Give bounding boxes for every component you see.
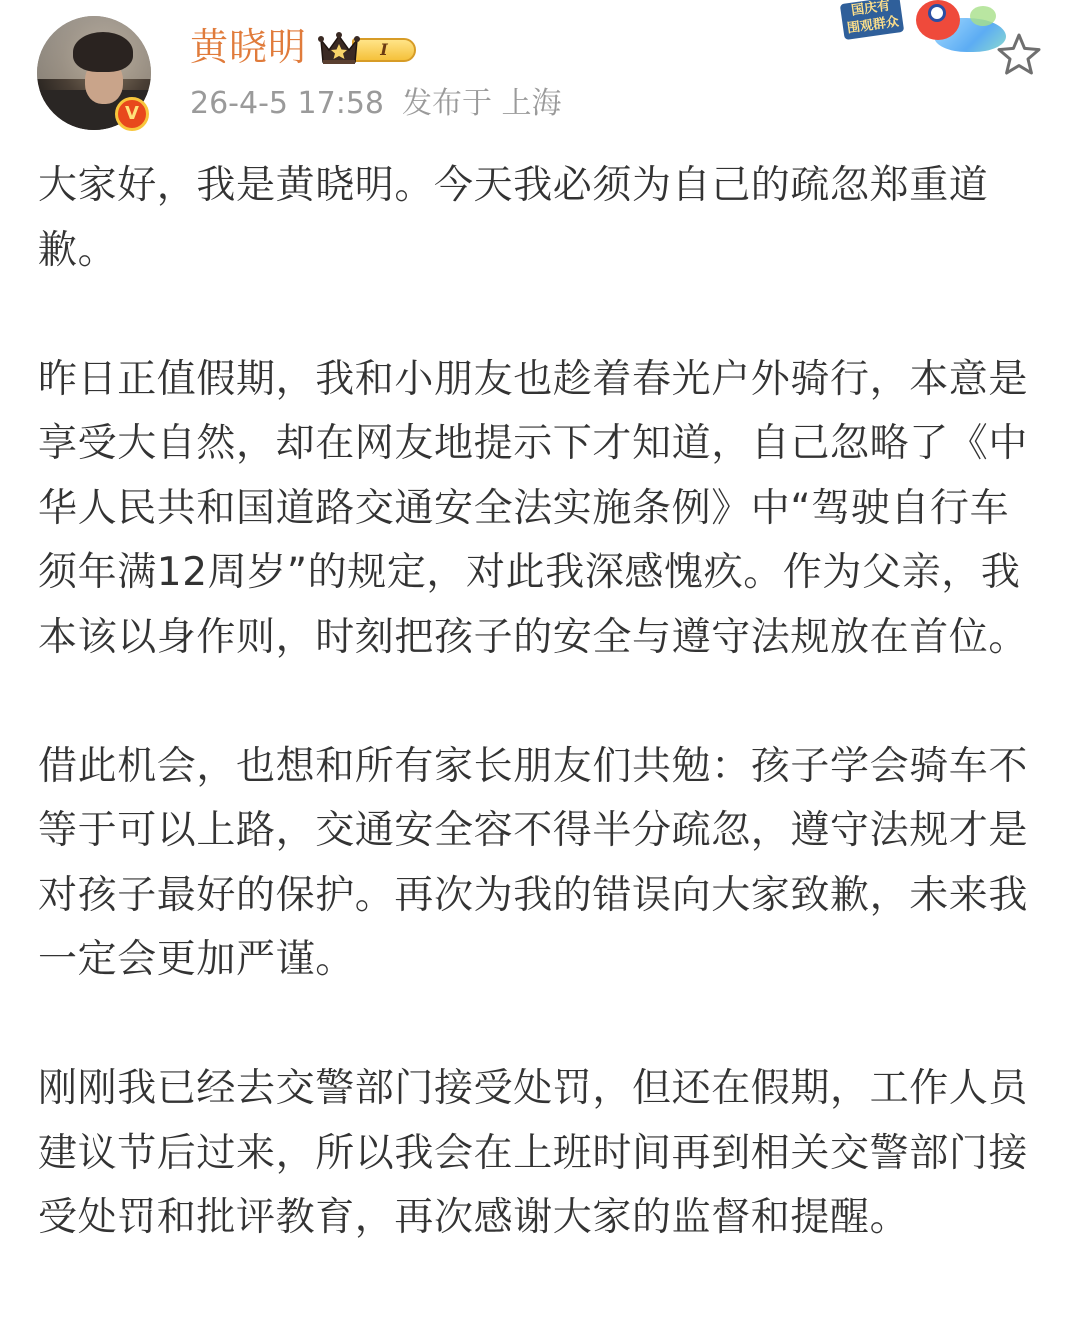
post-header: V 黄晓明 I 26-4-5 17:58发布于 上海 国庆有 围观群众 bbox=[0, 0, 1080, 140]
star-outline-icon[interactable] bbox=[996, 32, 1042, 76]
sticker-leaf bbox=[970, 6, 996, 26]
holiday-sticker: 国庆有 围观群众 bbox=[838, 0, 1008, 72]
post-paragraph-4: 刚刚我已经去交警部门接受处罚，但还在假期，工作人员建议节后过来，所以我会在上班时… bbox=[38, 1057, 1038, 1251]
post-location: 上海 bbox=[502, 86, 562, 121]
v-verified-icon: V bbox=[115, 97, 149, 131]
level-label: I bbox=[352, 38, 416, 62]
crown-icon bbox=[318, 30, 360, 66]
sticker-mascot-eye bbox=[928, 4, 946, 22]
post-time: 26-4-5 17:58 bbox=[190, 86, 384, 121]
post-body: 大家好，我是黄晓明。今天我必须为自己的疏忽郑重道歉。 昨日正值假期，我和小朋友也… bbox=[38, 154, 1038, 1251]
post-paragraph-1: 大家好，我是黄晓明。今天我必须为自己的疏忽郑重道歉。 bbox=[38, 154, 1038, 283]
author-name[interactable]: 黄晓明 bbox=[190, 22, 307, 72]
level-badge[interactable]: I bbox=[318, 30, 426, 66]
post-paragraph-2: 昨日正值假期，我和小朋友也趁着春光户外骑行，本意是享受大自然，却在网友地提示下才… bbox=[38, 348, 1038, 671]
post-paragraph-3: 借此机会，也想和所有家长朋友们共勉：孩子学会骑车不等于可以上路，交通安全容不得半… bbox=[38, 735, 1038, 993]
post-meta: 26-4-5 17:58发布于 上海 bbox=[190, 82, 562, 126]
avatar-figure-hair bbox=[73, 32, 133, 72]
location-prefix: 发布于 bbox=[402, 86, 492, 121]
sticker-tag: 国庆有 围观群众 bbox=[840, 0, 904, 40]
